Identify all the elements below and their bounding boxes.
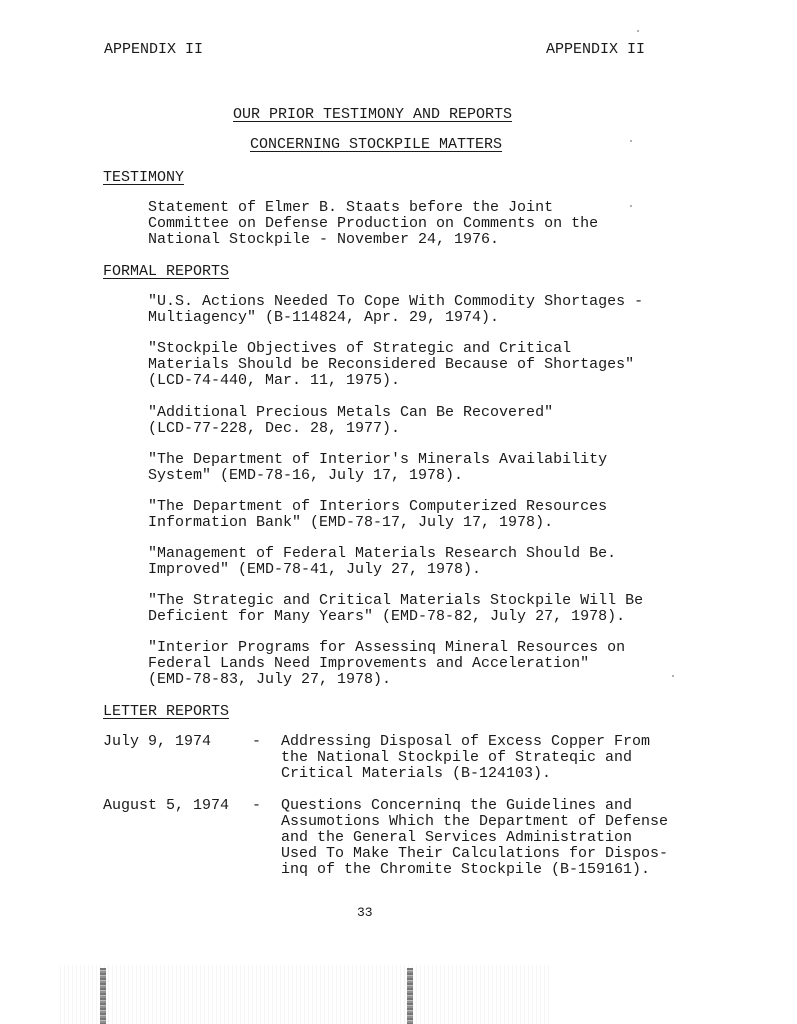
scan-speck [637, 30, 639, 32]
text-line: Committee on Defense Production on Comme… [148, 216, 598, 232]
text-line: Assumotions Which the Department of Defe… [281, 814, 668, 830]
text-line: (EMD-78-83, July 27, 1978). [148, 672, 391, 688]
text-line: System" (EMD-78-16, July 17, 1978). [148, 468, 463, 484]
scan-speck [630, 140, 632, 142]
text-line: inq of the Chromite Stockpile (B-159161)… [281, 862, 650, 878]
running-header-left: APPENDIX II [104, 42, 203, 58]
text-line: "The Strategic and Critical Materials St… [148, 593, 643, 609]
letter-dash: - [252, 734, 261, 750]
page-title-line-2: CONCERNING STOCKPILE MATTERS [250, 137, 502, 153]
text-line: (LCD-74-440, Mar. 11, 1975). [148, 373, 400, 389]
text-line: (LCD-77-228, Dec. 28, 1977). [148, 421, 400, 437]
letter-date: August 5, 1974 [103, 798, 229, 814]
running-header-right: APPENDIX II [546, 42, 645, 58]
text-line: "Management of Federal Materials Researc… [148, 546, 616, 562]
text-line: Critical Materials (B-124103). [281, 766, 551, 782]
text-line: Federal Lands Need Improvements and Acce… [148, 656, 589, 672]
text-line: Questions Concerninq the Guidelines and [281, 798, 632, 814]
text-line: "U.S. Actions Needed To Cope With Commod… [148, 294, 643, 310]
letter-dash: - [252, 798, 261, 814]
text-line: Statement of Elmer B. Staats before the … [148, 200, 553, 216]
text-line: "The Department of Interiors Computerize… [148, 499, 607, 515]
text-line: Multiagency" (B-114824, Apr. 29, 1974). [148, 310, 499, 326]
letter-date: July 9, 1974 [103, 734, 211, 750]
scan-speck [630, 205, 632, 207]
page-title-line-1: OUR PRIOR TESTIMONY AND REPORTS [233, 107, 512, 123]
text-line: Deficient for Many Years" (EMD-78-82, Ju… [148, 609, 625, 625]
text-line: "Additional Precious Metals Can Be Recov… [148, 405, 553, 421]
scan-binding-mark [407, 968, 413, 1024]
text-line: "Interior Programs for Assessinq Mineral… [148, 640, 625, 656]
text-line: Addressing Disposal of Excess Copper Fro… [281, 734, 650, 750]
text-line: Materials Should be Reconsidered Because… [148, 357, 634, 373]
text-line: Used To Make Their Calculations for Disp… [281, 846, 668, 862]
section-heading-testimony: TESTIMONY [103, 170, 184, 186]
section-heading-letter-reports: LETTER REPORTS [103, 704, 229, 720]
scan-noise-artifact [60, 965, 550, 1024]
section-heading-formal-reports: FORMAL REPORTS [103, 264, 229, 280]
scan-speck [672, 675, 674, 677]
text-line: the National Stockpile of Strateqic and [281, 750, 632, 766]
text-line: "Stockpile Objectives of Strategic and C… [148, 341, 571, 357]
text-line: "The Department of Interior's Minerals A… [148, 452, 607, 468]
text-line: Improved" (EMD-78-41, July 27, 1978). [148, 562, 481, 578]
text-line: National Stockpile - November 24, 1976. [148, 232, 499, 248]
page-number: 33 [357, 905, 373, 921]
scan-binding-mark [100, 968, 106, 1024]
text-line: Information Bank" (EMD-78-17, July 17, 1… [148, 515, 553, 531]
text-line: and the General Services Administration [281, 830, 632, 846]
